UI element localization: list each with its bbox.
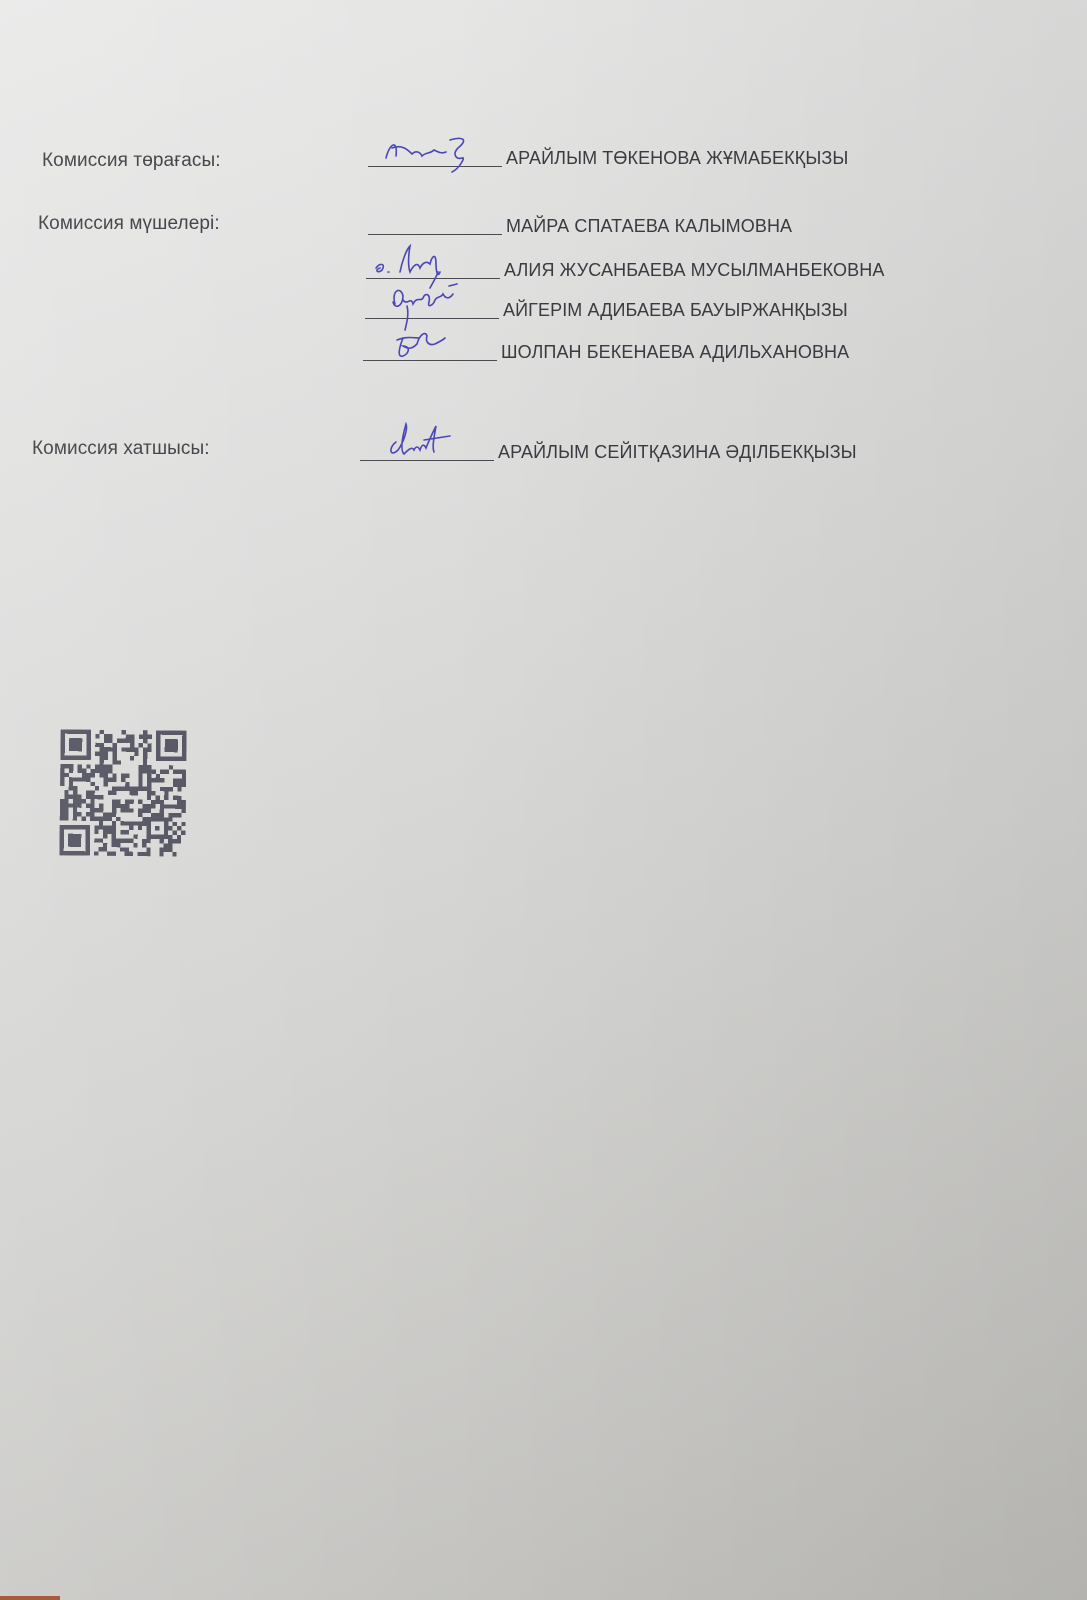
qr-code-icon (59, 729, 186, 856)
chair-signature-row: АРАЙЛЫМ ТӨКЕНОВА ЖҰМАБЕКҚЫЗЫ (368, 140, 848, 167)
chair-label: Комиссия төрағасы: (42, 150, 221, 172)
secretary-label: Комиссия хатшысы: (32, 438, 210, 460)
secretary-signature-row: АРАЙЛЫМ СЕЙІТҚАЗИНА ӘДІЛБЕКҚЫЗЫ (360, 434, 857, 461)
member-name: АЛИЯ ЖУСАНБАЕВА МУСЫЛМАНБЕКОВНА (504, 261, 884, 279)
member-row: ШОЛПАН БЕКЕНАЕВА АДИЛЬХАНОВНА (363, 334, 849, 361)
member-row: АЙГЕРІМ АДИБАЕВА БАУЫРЖАНҚЫЗЫ (365, 292, 848, 319)
member-name: МАЙРА СПАТАЕВА КАЛЫМОВНА (506, 217, 792, 235)
chair-name: АРАЙЛЫМ ТӨКЕНОВА ЖҰМАБЕКҚЫЗЫ (506, 149, 848, 167)
signature-icon (360, 424, 494, 464)
secretary-signature-line (360, 434, 494, 461)
signature-icon (363, 324, 497, 364)
member-signature-line (363, 334, 497, 361)
document-page: Комиссия төрағасы: АРАЙЛЫМ ТӨКЕНОВА ЖҰМА… (0, 0, 1087, 1600)
secretary-name: АРАЙЛЫМ СЕЙІТҚАЗИНА ӘДІЛБЕКҚЫЗЫ (498, 443, 857, 461)
member-row: АЛИЯ ЖУСАНБАЕВА МУСЫЛМАНБЕКОВНА (366, 252, 884, 279)
member-signature-line (365, 292, 499, 319)
member-name: ШОЛПАН БЕКЕНАЕВА АДИЛЬХАНОВНА (501, 343, 849, 361)
signature-icon (368, 130, 502, 170)
signature-icon (366, 242, 500, 282)
chair-signature-line (368, 140, 502, 167)
signature-icon (365, 282, 499, 322)
member-name: АЙГЕРІМ АДИБАЕВА БАУЫРЖАНҚЫЗЫ (503, 301, 848, 319)
member-row: МАЙРА СПАТАЕВА КАЛЫМОВНА (368, 208, 792, 235)
members-label: Комиссия мүшелері: (38, 213, 220, 235)
table-edge (0, 1596, 60, 1600)
member-signature-line (366, 252, 500, 279)
member-signature-line (368, 208, 502, 235)
